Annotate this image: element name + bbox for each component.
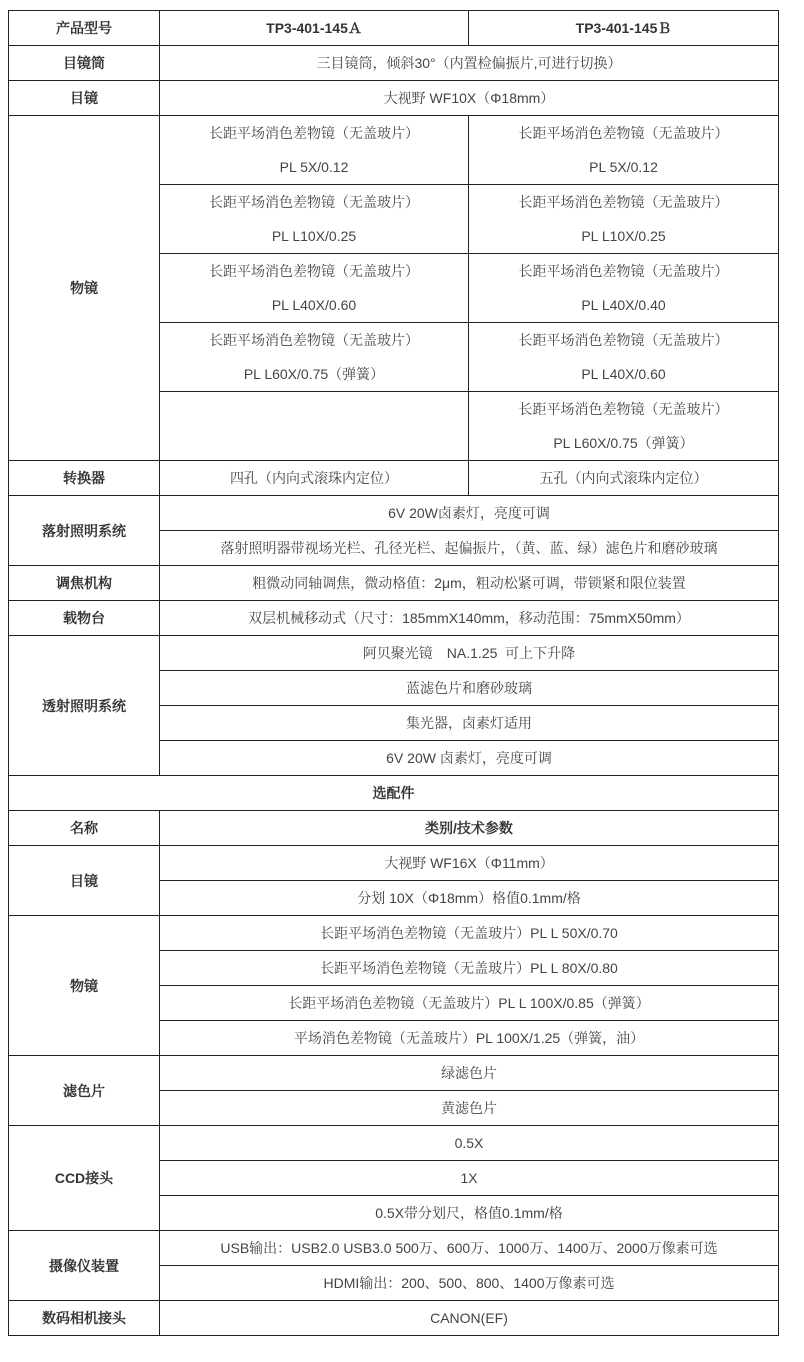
cell: 大视野 WF16X（Φ11mm）: [160, 846, 779, 881]
cell-line: PL L10X/0.25: [469, 219, 778, 253]
table-row: 选配件: [9, 776, 779, 811]
table-row: 摄像仪装置 USB输出：USB2.0 USB3.0 500万、600万、1000…: [9, 1231, 779, 1266]
table-row: 目镜筒 三目镜筒，倾斜30°（内置检偏振片,可进行切换）: [9, 46, 779, 81]
cell: 1X: [160, 1161, 779, 1196]
table-row: 调焦机构 粗微动同轴调焦，微动格值：2μm，粗动松紧可调，带锁紧和限位装置: [9, 566, 779, 601]
row-label: 摄像仪装置: [9, 1231, 160, 1301]
model-b: TP3-401-145Ｂ: [469, 11, 779, 46]
cell: 五孔（内向式滚珠内定位）: [469, 461, 779, 496]
row-label: CCD接头: [9, 1126, 160, 1231]
row-label: 数码相机接头: [9, 1301, 160, 1336]
row-label: 调焦机构: [9, 566, 160, 601]
cell-line: 长距平场消色差物镜（无盖玻片）: [469, 392, 778, 426]
table-row: 转换器 四孔（内向式滚珠内定位） 五孔（内向式滚珠内定位）: [9, 461, 779, 496]
cell: 长距平场消色差物镜（无盖玻片）PL L 50X/0.70: [160, 916, 779, 951]
column-header: 名称: [9, 811, 160, 846]
cell: 长距平场消色差物镜（无盖玻片）PL L10X/0.25: [469, 185, 779, 254]
cell: 0.5X: [160, 1126, 779, 1161]
cell: 长距平场消色差物镜（无盖玻片）PL 5X/0.12: [469, 116, 779, 185]
cell: 黄滤色片: [160, 1091, 779, 1126]
cell: USB输出：USB2.0 USB3.0 500万、600万、1000万、1400…: [160, 1231, 779, 1266]
cell: 长距平场消色差物镜（无盖玻片）PL L40X/0.60: [469, 323, 779, 392]
table-row: 落射照明系统 6V 20W卤素灯，亮度可调: [9, 496, 779, 531]
cell: 四孔（内向式滚珠内定位）: [160, 461, 469, 496]
cell: 长距平场消色差物镜（无盖玻片）PL L40X/0.60: [160, 254, 469, 323]
row-label: 落射照明系统: [9, 496, 160, 566]
table-row: CCD接头 0.5X: [9, 1126, 779, 1161]
table-row: 名称 类别/技术参数: [9, 811, 779, 846]
cell-line: PL L60X/0.75（弹簧）: [160, 357, 468, 391]
cell-line: 长距平场消色差物镜（无盖玻片）: [469, 323, 778, 357]
cell-line: PL 5X/0.12: [160, 150, 468, 184]
row-label: 载物台: [9, 601, 160, 636]
cell: 6V 20W卤素灯，亮度可调: [160, 496, 779, 531]
section-title: 选配件: [9, 776, 779, 811]
row-label: 目镜: [9, 846, 160, 916]
cell-line: PL L60X/0.75（弹簧）: [469, 426, 778, 460]
cell: 三目镜筒，倾斜30°（内置检偏振片,可进行切换）: [160, 46, 779, 81]
cell: 长距平场消色差物镜（无盖玻片）PL L10X/0.25: [160, 185, 469, 254]
row-label: 物镜: [9, 916, 160, 1056]
table-row: 产品型号 TP3-401-145Ａ TP3-401-145Ｂ: [9, 11, 779, 46]
row-label: 物镜: [9, 116, 160, 461]
cell: 绿滤色片: [160, 1056, 779, 1091]
table-row: 目镜 大视野 WF16X（Φ11mm）: [9, 846, 779, 881]
cell: 长距平场消色差物镜（无盖玻片）PL L40X/0.40: [469, 254, 779, 323]
cell-line: 长距平场消色差物镜（无盖玻片）: [160, 116, 468, 150]
table-row: 目镜 大视野 WF10X（Φ18mm）: [9, 81, 779, 116]
cell-line: PL L40X/0.60: [160, 288, 468, 322]
spec-table: 产品型号 TP3-401-145Ａ TP3-401-145Ｂ 目镜筒 三目镜筒，…: [8, 10, 779, 1336]
cell: 6V 20W 卤素灯，亮度可调: [160, 741, 779, 776]
table-row: 透射照明系统 阿贝聚光镜 NA.1.25 可上下升降: [9, 636, 779, 671]
cell: 阿贝聚光镜 NA.1.25 可上下升降: [160, 636, 779, 671]
column-header: 类别/技术参数: [160, 811, 779, 846]
cell-line: 长距平场消色差物镜（无盖玻片）: [469, 116, 778, 150]
cell-line: 长距平场消色差物镜（无盖玻片）: [469, 254, 778, 288]
row-label: 目镜筒: [9, 46, 160, 81]
cell-line: PL 5X/0.12: [469, 150, 778, 184]
cell: 长距平场消色差物镜（无盖玻片）PL L60X/0.75（弹簧）: [160, 323, 469, 392]
row-label: 转换器: [9, 461, 160, 496]
cell: HDMI输出：200、500、800、1400万像素可选: [160, 1266, 779, 1301]
cell: CANON(EF): [160, 1301, 779, 1336]
row-label: 透射照明系统: [9, 636, 160, 776]
cell-empty: [160, 392, 469, 461]
cell: 落射照明器带视场光栏、孔径光栏、起偏振片，（黄、蓝、绿）滤色片和磨砂玻璃: [160, 531, 779, 566]
cell: 双层机械移动式（尺寸：185mmX140mm，移动范围：75mmX50mm）: [160, 601, 779, 636]
cell-line: 长距平场消色差物镜（无盖玻片）: [160, 254, 468, 288]
cell: 蓝滤色片和磨砂玻璃: [160, 671, 779, 706]
cell-line: PL L40X/0.60: [469, 357, 778, 391]
cell: 集光器，卤素灯适用: [160, 706, 779, 741]
table-row: 数码相机接头 CANON(EF): [9, 1301, 779, 1336]
cell: 长距平场消色差物镜（无盖玻片）PL L60X/0.75（弹簧）: [469, 392, 779, 461]
cell-line: PL L10X/0.25: [160, 219, 468, 253]
cell: 0.5X带分划尺，格值0.1mm/格: [160, 1196, 779, 1231]
cell: 长距平场消色差物镜（无盖玻片）PL L 100X/0.85（弹簧）: [160, 986, 779, 1021]
table-row: 物镜 长距平场消色差物镜（无盖玻片）PL 5X/0.12 长距平场消色差物镜（无…: [9, 116, 779, 185]
cell-line: 长距平场消色差物镜（无盖玻片）: [160, 323, 468, 357]
cell: 长距平场消色差物镜（无盖玻片）PL L 80X/0.80: [160, 951, 779, 986]
cell: 大视野 WF10X（Φ18mm）: [160, 81, 779, 116]
table-row: 滤色片 绿滤色片: [9, 1056, 779, 1091]
cell: 粗微动同轴调焦，微动格值：2μm，粗动松紧可调，带锁紧和限位装置: [160, 566, 779, 601]
cell: 分划 10X（Φ18mm）格值0.1mm/格: [160, 881, 779, 916]
cell: 长距平场消色差物镜（无盖玻片）PL 5X/0.12: [160, 116, 469, 185]
cell-line: PL L40X/0.40: [469, 288, 778, 322]
model-a: TP3-401-145Ａ: [160, 11, 469, 46]
cell-line: 长距平场消色差物镜（无盖玻片）: [160, 185, 468, 219]
table-row: 载物台 双层机械移动式（尺寸：185mmX140mm，移动范围：75mmX50m…: [9, 601, 779, 636]
table-row: 物镜 长距平场消色差物镜（无盖玻片）PL L 50X/0.70: [9, 916, 779, 951]
cell: 平场消色差物镜（无盖玻片）PL 100X/1.25（弹簧，油）: [160, 1021, 779, 1056]
cell-line: 长距平场消色差物镜（无盖玻片）: [469, 185, 778, 219]
header-label: 产品型号: [9, 11, 160, 46]
row-label: 滤色片: [9, 1056, 160, 1126]
row-label: 目镜: [9, 81, 160, 116]
